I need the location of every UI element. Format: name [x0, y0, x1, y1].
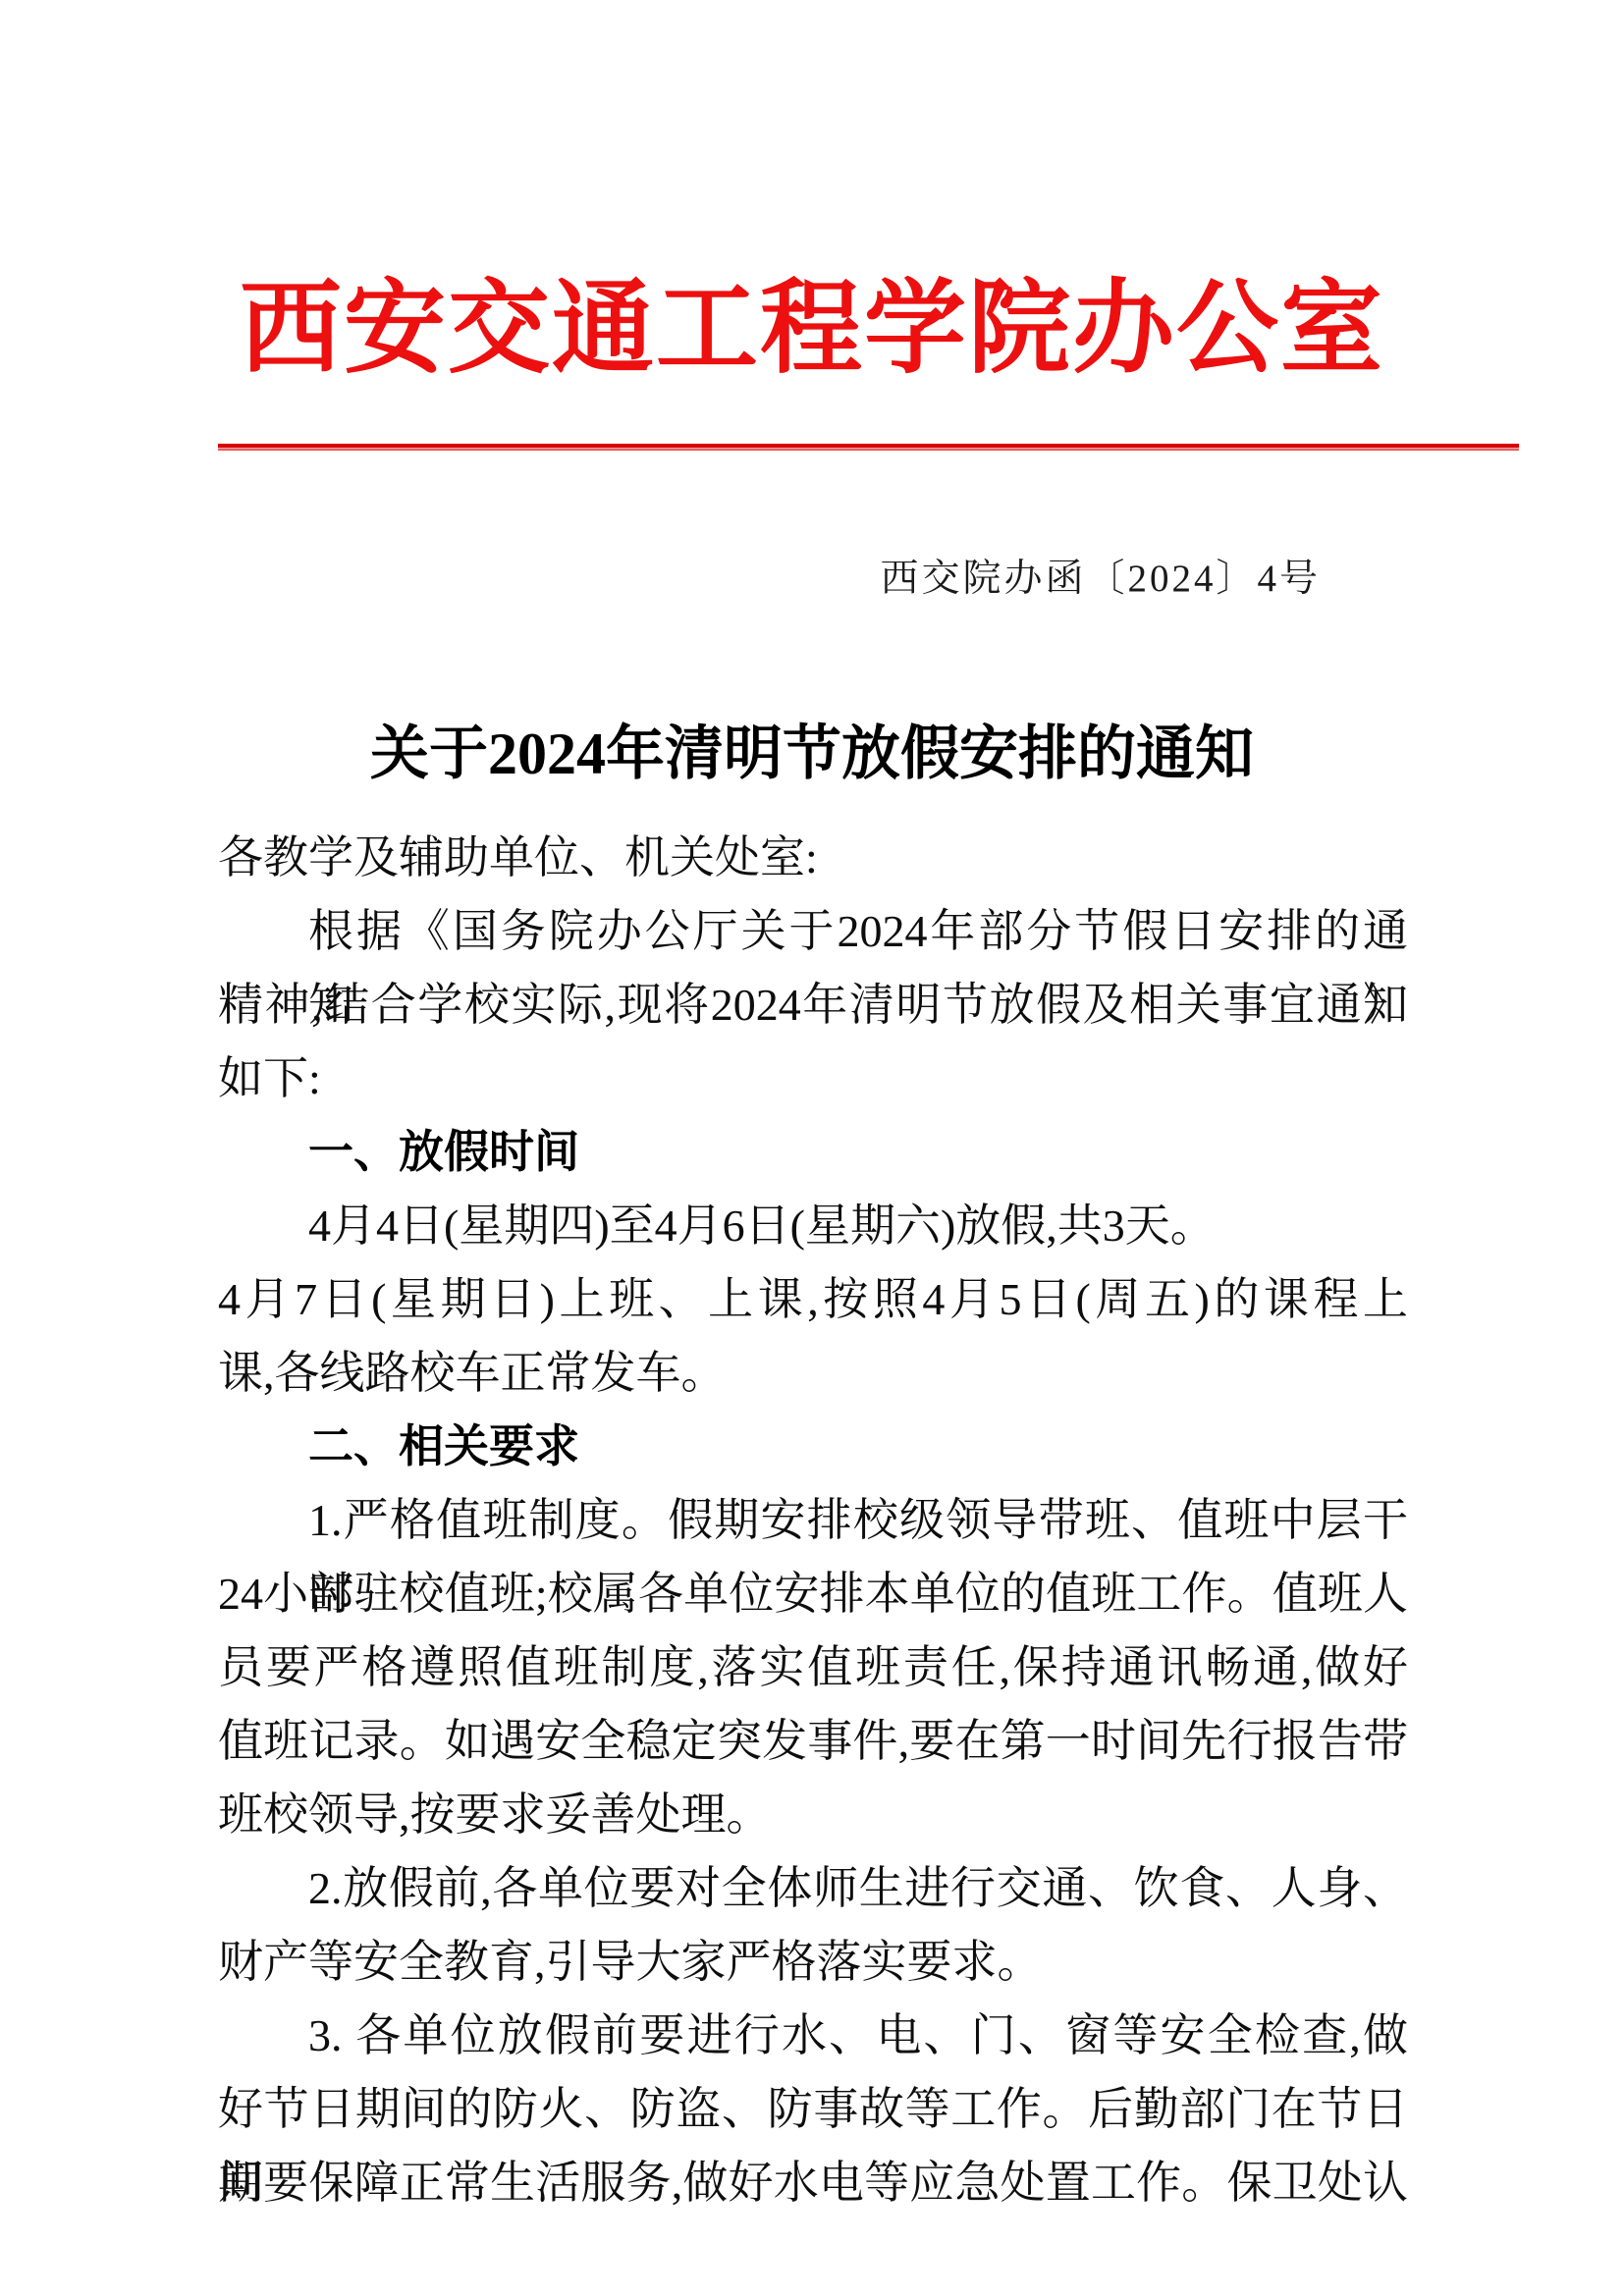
- body-line: 班校领导,按要求妥善处理。: [218, 1778, 1408, 1851]
- body-section-heading: 一、放假时间: [218, 1115, 1408, 1189]
- body-line: 值班记录。如遇安全稳定突发事件,要在第一时间先行报告带: [218, 1704, 1408, 1778]
- body-line: 精神,结合学校实际,现将2024年清明节放假及相关事宜通知: [218, 968, 1408, 1041]
- notice-title: 关于2024年清明节放假安排的通知: [0, 715, 1624, 793]
- body-line: 间要保障正常生活服务,做好水电等应急处置工作。保卫处认: [218, 2146, 1408, 2219]
- body-line: 根据《国务院办公厅关于2024年部分节假日安排的通知》: [218, 894, 1408, 968]
- body-section-heading: 二、相关要求: [218, 1410, 1408, 1483]
- notice-body: 各教学及辅助单位、机关处室:根据《国务院办公厅关于2024年部分节假日安排的通知…: [218, 821, 1408, 2219]
- body-line: 1.严格值班制度。假期安排校级领导带班、值班中层干部: [218, 1483, 1408, 1557]
- body-line: 各教学及辅助单位、机关处室:: [218, 821, 1408, 894]
- red-divider-rule: [218, 444, 1519, 451]
- body-line: 财产等安全教育,引导大家严格落实要求。: [218, 1925, 1408, 1999]
- body-line: 24小时驻校值班;校属各单位安排本单位的值班工作。值班人: [218, 1557, 1408, 1630]
- body-line: 3. 各单位放假前要进行水、电、门、窗等安全检查,做: [218, 1999, 1408, 2072]
- notice-document-page: 西安交通工程学院办公室 西交院办函〔2024〕4号 关于2024年清明节放假安排…: [0, 0, 1624, 2296]
- body-line: 员要严格遵照值班制度,落实值班责任,保持通讯畅通,做好: [218, 1630, 1408, 1704]
- document-number: 西交院办函〔2024〕4号: [0, 550, 1321, 609]
- body-line: 好节日期间的防火、防盗、防事故等工作。后勤部门在节日期: [218, 2072, 1408, 2146]
- red-header-org-title: 西安交通工程学院办公室: [0, 261, 1624, 399]
- body-line: 4月4日(星期四)至4月6日(星期六)放假,共3天。: [218, 1189, 1408, 1262]
- body-line: 4月7日(星期日)上班、上课,按照4月5日(周五)的课程上: [218, 1262, 1408, 1336]
- body-line: 2.放假前,各单位要对全体师生进行交通、饮食、人身、: [218, 1851, 1408, 1925]
- body-line: 如下:: [218, 1041, 1408, 1115]
- body-line: 课,各线路校车正常发车。: [218, 1336, 1408, 1410]
